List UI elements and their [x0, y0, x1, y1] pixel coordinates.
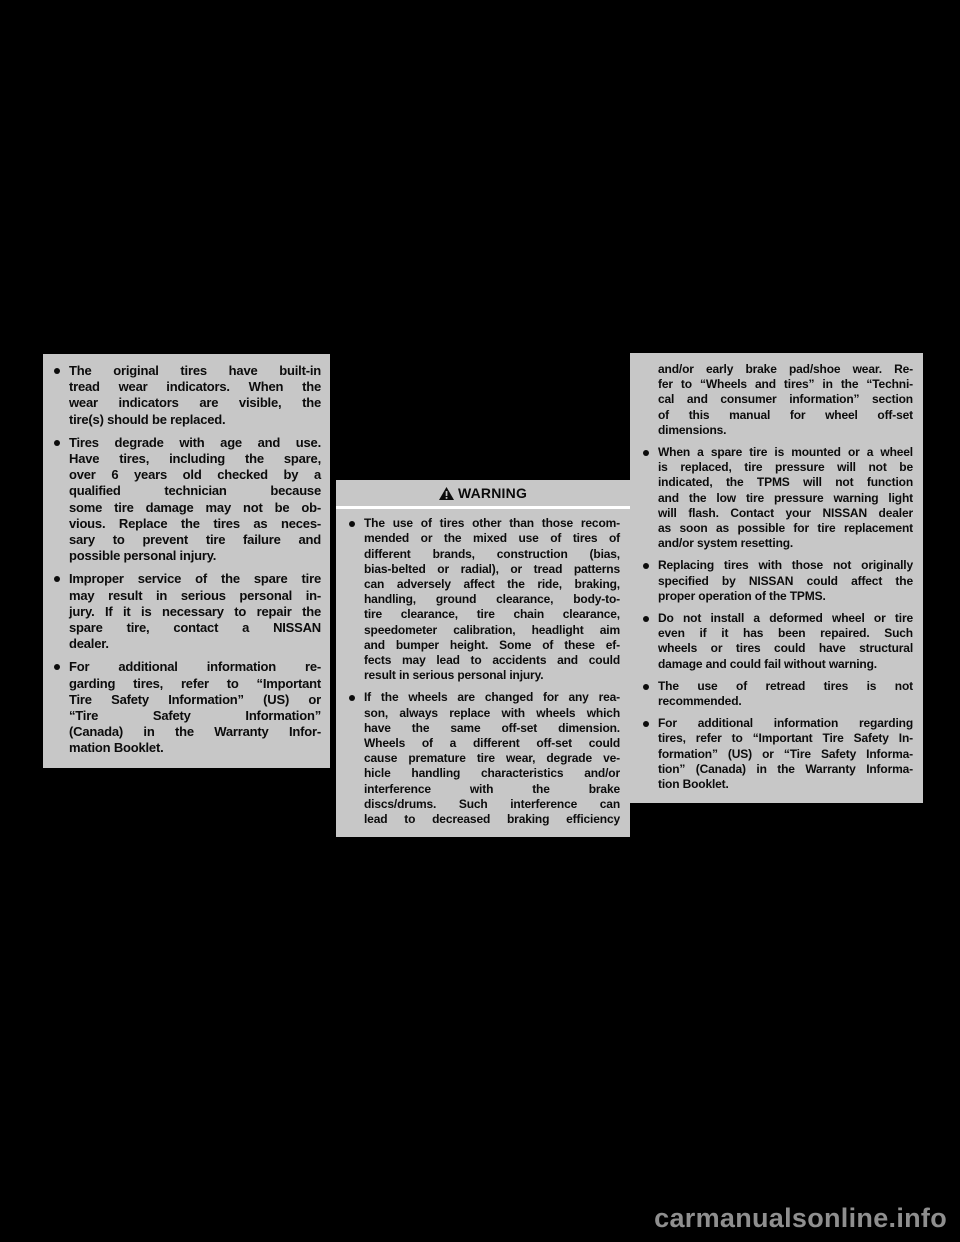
text-line: interference with the brake [364, 782, 620, 797]
text-line: is replaced, tire pressure will not be [658, 460, 913, 475]
warning-header: WARNING [346, 483, 620, 504]
text-line: When a spare tire is mounted or a wheel [658, 445, 913, 460]
text-line: wear indicators are visible, the [69, 395, 321, 411]
text-line: son, always replace with wheels which [364, 706, 620, 721]
text-line: and/or system resetting. [658, 536, 913, 551]
text-line: discs/drums. Such interference can [364, 797, 620, 812]
text-line: specified by NISSAN could affect the [658, 574, 913, 589]
bullet-paragraph: The original tires have built-intread we… [51, 363, 321, 428]
text-line: garding tires, refer to “Important [69, 676, 321, 692]
continued-paragraph: and/or early brake pad/shoe wear. Re-fer… [640, 362, 913, 438]
text-line: cause premature tire wear, degrade ve- [364, 751, 620, 766]
text-line: bias-belted or radial), or tread pattern… [364, 562, 620, 577]
bullet-icon [54, 440, 60, 446]
text-line: cal and consumer information” section [658, 392, 913, 407]
text-line: Tires degrade with age and use. [69, 435, 321, 451]
text-line: possible personal injury. [69, 548, 321, 564]
page-background: { "colors": { "background": "#000000", "… [0, 0, 960, 1242]
text-line: hicle handling characteristics and/or [364, 766, 620, 781]
text-line: even if it has been repaired. Such [658, 626, 913, 641]
text-line: If the wheels are changed for any rea- [364, 690, 620, 705]
text-line: tread wear indicators. When the [69, 379, 321, 395]
text-line: result in serious personal injury. [364, 668, 620, 683]
bullet-paragraph: Do not install a deformed wheel or tiree… [640, 611, 913, 672]
warning-label: WARNING [458, 486, 527, 501]
text-line: dimensions. [658, 423, 913, 438]
warning-body: The use of tires other than those recom-… [346, 516, 620, 827]
text-line: For additional information regarding [658, 716, 913, 731]
text-line: formation” (US) or “Tire Safety Informa- [658, 747, 913, 762]
text-line: tion” (Canada) in the Warranty Informa- [658, 762, 913, 777]
text-line: The use of tires other than those recom- [364, 516, 620, 531]
text-line: indicated, the TPMS will not function [658, 475, 913, 490]
bullet-icon [54, 368, 60, 374]
text-line: Replacing tires with those not originall… [658, 558, 913, 573]
left-warning-box: The original tires have built-intread we… [43, 354, 330, 768]
text-line: can adversely affect the ride, braking, [364, 577, 620, 592]
text-line: may result in serious personal in- [69, 588, 321, 604]
bullet-icon [643, 616, 649, 622]
text-line: handling, ground clearance, body-to- [364, 592, 620, 607]
bullet-icon [349, 521, 355, 527]
bullet-paragraph: If the wheels are changed for any rea-so… [346, 690, 620, 827]
text-line: of this manual for wheel off-set [658, 408, 913, 423]
text-line: over 6 years old checked by a [69, 467, 321, 483]
text-line: have the same off-set dimension. [364, 721, 620, 736]
text-line: mation Booklet. [69, 740, 321, 756]
text-line: Wheels of a different off-set could [364, 736, 620, 751]
bullet-icon [643, 721, 649, 727]
text-line: qualified technician because [69, 483, 321, 499]
text-line: spare tire, contact a NISSAN [69, 620, 321, 636]
text-line: proper operation of the TPMS. [658, 589, 913, 604]
bullet-icon [643, 684, 649, 690]
center-warning-box: WARNING The use of tires other than thos… [336, 480, 630, 837]
text-line: damage and could fail without warning. [658, 657, 913, 672]
text-line: Improper service of the spare tire [69, 571, 321, 587]
bullet-icon [643, 563, 649, 569]
text-line: For additional information re- [69, 659, 321, 675]
text-line: The original tires have built-in [69, 363, 321, 379]
text-line: wheels or tires could have structural [658, 641, 913, 656]
warning-separator [336, 506, 630, 509]
bullet-icon [54, 576, 60, 582]
text-line: sary to prevent tire failure and [69, 532, 321, 548]
text-line: The use of retread tires is not [658, 679, 913, 694]
text-line: mended or the mixed use of tires of [364, 531, 620, 546]
text-line: tire clearance, tire chain clearance, [364, 607, 620, 622]
text-line: Do not install a deformed wheel or tire [658, 611, 913, 626]
text-line: jury. If it is necessary to repair the [69, 604, 321, 620]
warning-triangle-icon [439, 487, 454, 500]
bullet-icon [643, 450, 649, 456]
text-line: Have tires, including the spare, [69, 451, 321, 467]
bullet-paragraph: The use of retread tires is notrecommend… [640, 679, 913, 709]
text-line: (Canada) in the Warranty Infor- [69, 724, 321, 740]
text-line: different brands, construction (bias, [364, 547, 620, 562]
text-line: lead to decreased braking efficiency [364, 812, 620, 827]
bullet-paragraph: For additional information re-garding ti… [51, 659, 321, 756]
text-line: and the low tire pressure warning light [658, 491, 913, 506]
text-line: tion Booklet. [658, 777, 913, 792]
text-line: dealer. [69, 636, 321, 652]
bullet-paragraph: The use of tires other than those recom-… [346, 516, 620, 683]
bullet-paragraph: For additional information regardingtire… [640, 716, 913, 792]
text-line: “Tire Safety Information” [69, 708, 321, 724]
text-line: some tire damage may not be ob- [69, 500, 321, 516]
bullet-icon [54, 664, 60, 670]
bullet-paragraph: Replacing tires with those not originall… [640, 558, 913, 604]
watermark: carmanualsonline.info [654, 1203, 947, 1234]
bullet-paragraph: Improper service of the spare tiremay re… [51, 571, 321, 652]
bullet-paragraph: Tires degrade with age and use.Have tire… [51, 435, 321, 565]
right-warning-box: and/or early brake pad/shoe wear. Re-fer… [630, 353, 923, 803]
bullet-paragraph: When a spare tire is mounted or a wheeli… [640, 445, 913, 551]
text-line: tires, refer to “Important Tire Safety I… [658, 731, 913, 746]
text-line: will flash. Contact your NISSAN dealer [658, 506, 913, 521]
text-line: speedometer calibration, headlight aim [364, 623, 620, 638]
text-line: and/or early brake pad/shoe wear. Re- [658, 362, 913, 377]
text-line: tire(s) should be replaced. [69, 412, 321, 428]
text-line: recommended. [658, 694, 913, 709]
text-line: and bumper height. Some of these ef- [364, 638, 620, 653]
text-line: fer to “Wheels and tires” in the “Techni… [658, 377, 913, 392]
text-line: vious. Replace the tires as neces- [69, 516, 321, 532]
bullet-icon [349, 695, 355, 701]
text-line: Tire Safety Information” (US) or [69, 692, 321, 708]
text-line: as soon as possible for tire replacement [658, 521, 913, 536]
text-line: fects may lead to accidents and could [364, 653, 620, 668]
